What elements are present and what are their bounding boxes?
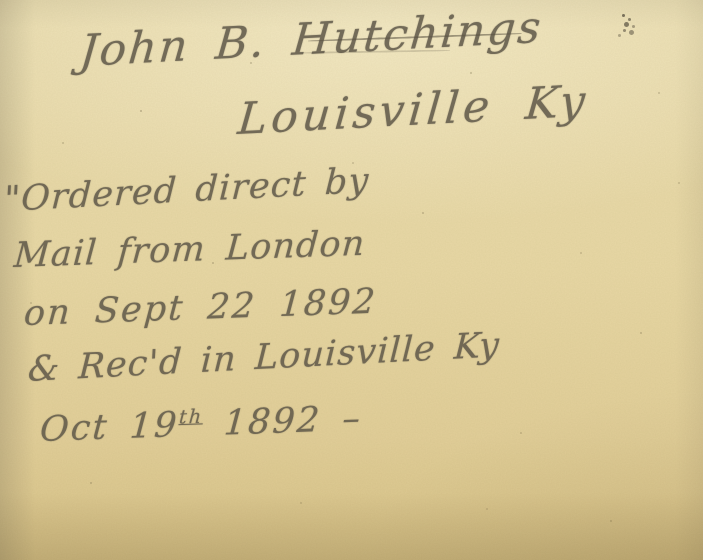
foxing-specks (0, 0, 2, 2)
inscription-owner-city: Louisville Ky (236, 76, 591, 145)
inscription-note-received-date: Oct 19th 1892 – (39, 399, 364, 450)
inscription-note-order-date: on Sept 22 1892 (23, 282, 379, 334)
inscription-note-received: & Rec'd in Louisville Ky (27, 325, 501, 390)
received-date-day: Oct 19 (39, 405, 180, 450)
paper-aging-overlay (0, 0, 703, 560)
received-date-year: 1892 – (201, 399, 363, 445)
flyleaf-scan: John B. Hutchings Louisville Ky "Ordered… (0, 0, 703, 560)
inscription-note-ordered: "Ordered direct by (3, 161, 370, 220)
inscription-note-mail-from: Mail from London (13, 224, 367, 276)
paper-grain-texture (0, 0, 703, 560)
pencil-smudge-mark (622, 14, 625, 17)
received-date-ordinal: th (178, 405, 204, 429)
